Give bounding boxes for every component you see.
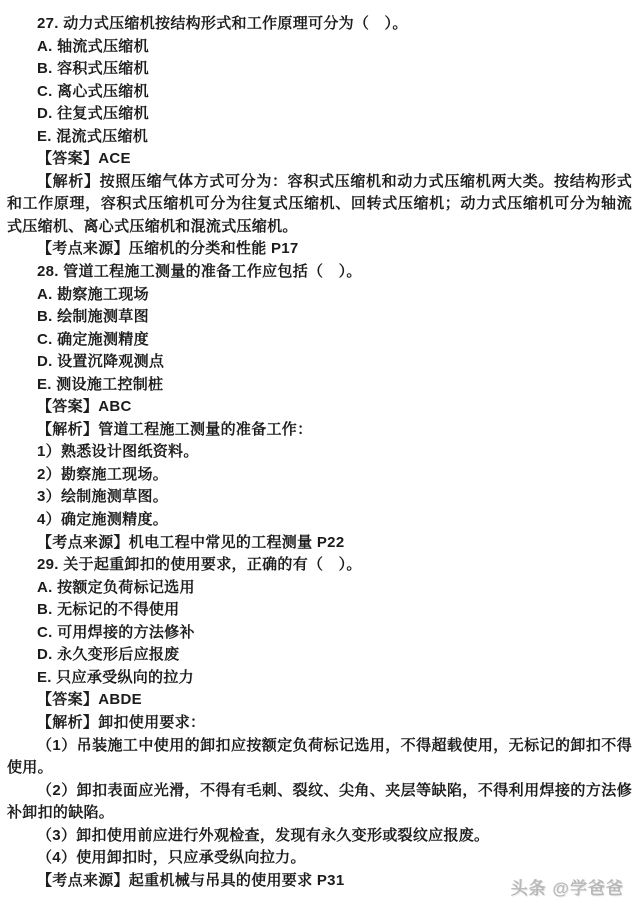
question-stem: 28. 管道工程施工测量的准备工作应包括（ ）。 <box>7 261 632 284</box>
question-option-b: B. 无标记的不得使用 <box>7 599 632 622</box>
answer-line: 【答案】ACE <box>7 148 632 171</box>
question-option-a: A. 按额定负荷标记选用 <box>7 577 632 600</box>
document-page: 27. 动力式压缩机按结构形式和工作原理可分为（ ）。 A. 轴流式压缩机 B.… <box>0 0 640 905</box>
analysis-paragraph: 【解析】管道工程施工测量的准备工作： <box>7 419 632 442</box>
analysis-step-4: 4）确定施测精度。 <box>7 509 632 532</box>
question-option-b: B. 绘制施测草图 <box>7 306 632 329</box>
question-block-27: 27. 动力式压缩机按结构形式和工作原理可分为（ ）。 A. 轴流式压缩机 B.… <box>7 13 632 261</box>
question-option-e: E. 混流式压缩机 <box>7 126 632 149</box>
question-option-c: C. 离心式压缩机 <box>7 81 632 104</box>
answer-line: 【答案】ABC <box>7 396 632 419</box>
analysis-item-1: （1）吊装施工中使用的卸扣应按额定负荷标记选用，不得超载使用，无标记的卸扣不得使… <box>7 735 632 780</box>
analysis-step-1: 1）熟悉设计图纸资料。 <box>7 441 632 464</box>
analysis-item-4: （4）使用卸扣时，只应承受纵向拉力。 <box>7 847 632 870</box>
question-option-d: D. 往复式压缩机 <box>7 103 632 126</box>
analysis-item-2: （2）卸扣表面应光滑，不得有毛刺、裂纹、尖角、夹层等缺陷，不得利用焊接的方法修补… <box>7 780 632 825</box>
answer-line: 【答案】ABDE <box>7 689 632 712</box>
question-option-a: A. 勘察施工现场 <box>7 284 632 307</box>
question-option-e: E. 测设施工控制桩 <box>7 374 632 397</box>
question-block-28: 28. 管道工程施工测量的准备工作应包括（ ）。 A. 勘察施工现场 B. 绘制… <box>7 261 632 554</box>
analysis-paragraph: 【解析】按照压缩气体方式可分为：容积式压缩机和动力式压缩机两大类。按结构形式和工… <box>7 171 632 239</box>
exam-document: 27. 动力式压缩机按结构形式和工作原理可分为（ ）。 A. 轴流式压缩机 B.… <box>7 13 632 892</box>
question-option-a: A. 轴流式压缩机 <box>7 36 632 59</box>
source-line: 【考点来源】压缩机的分类和性能 P17 <box>7 238 632 261</box>
question-option-b: B. 容积式压缩机 <box>7 58 632 81</box>
question-option-d: D. 设置沉降观测点 <box>7 351 632 374</box>
question-stem: 29. 关于起重卸扣的使用要求，正确的有（ ）。 <box>7 554 632 577</box>
analysis-step-2: 2）勘察施工现场。 <box>7 464 632 487</box>
question-option-e: E. 只应承受纵向的拉力 <box>7 667 632 690</box>
analysis-step-3: 3）绘制施测草图。 <box>7 486 632 509</box>
analysis-item-3: （3）卸扣使用前应进行外观检查，发现有永久变形或裂纹应报废。 <box>7 825 632 848</box>
question-block-29: 29. 关于起重卸扣的使用要求，正确的有（ ）。 A. 按额定负荷标记选用 B.… <box>7 554 632 892</box>
question-option-d: D. 永久变形后应报废 <box>7 644 632 667</box>
question-option-c: C. 可用焊接的方法修补 <box>7 622 632 645</box>
question-option-c: C. 确定施测精度 <box>7 329 632 352</box>
source-line: 【考点来源】机电工程中常见的工程测量 P22 <box>7 532 632 555</box>
question-stem: 27. 动力式压缩机按结构形式和工作原理可分为（ ）。 <box>7 13 632 36</box>
watermark: 头条 @学爸爸 <box>511 874 624 899</box>
analysis-paragraph: 【解析】卸扣使用要求： <box>7 712 632 735</box>
